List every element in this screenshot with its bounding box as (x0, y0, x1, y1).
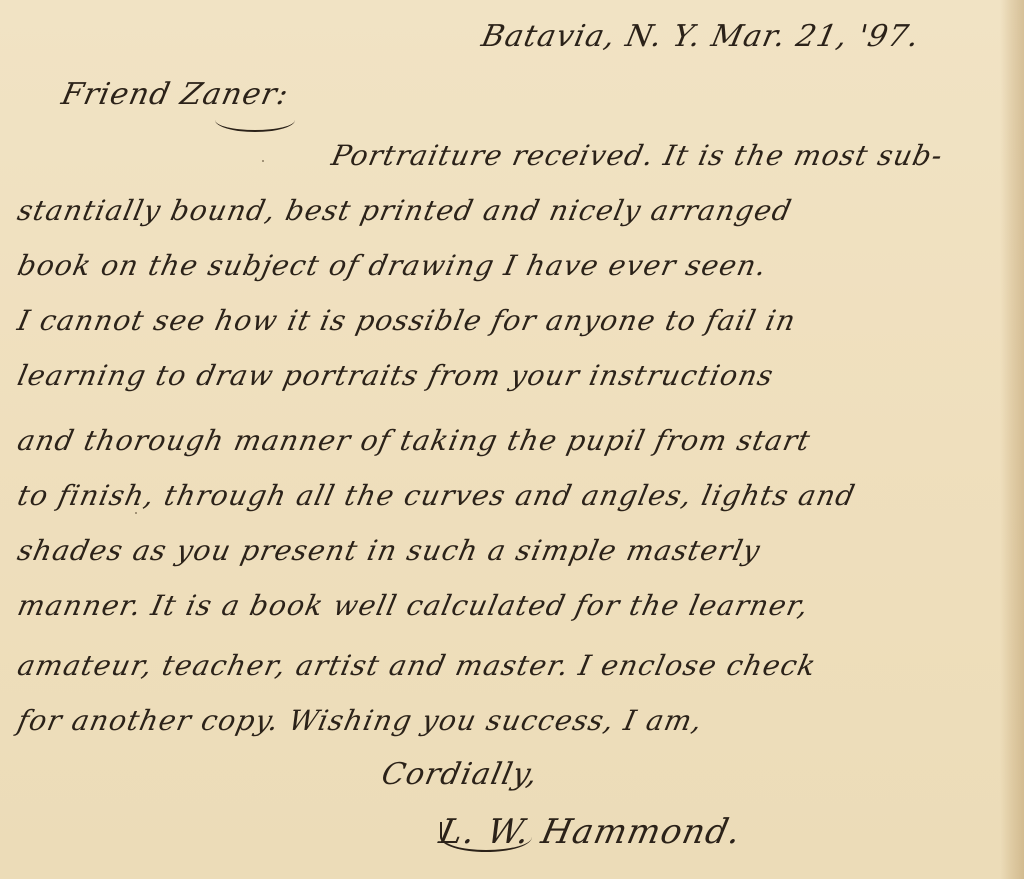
paper-speck (262, 160, 264, 162)
letter-body-line: Portraiture received. It is the most sub… (329, 142, 946, 170)
letter-body-line: manner. It is a book well calculated for… (15, 592, 811, 620)
letter-body-line: shades as you present in such a simple m… (15, 537, 763, 565)
letter-body-line: stantially bound, best printed and nicel… (15, 197, 794, 225)
letter-body-line: and thorough manner of taking the pupil … (15, 427, 813, 455)
salutation-flourish (215, 108, 295, 132)
letter-body-line: to finish, through all the curves and an… (15, 482, 858, 510)
letter-body-line: book on the subject of drawing I have ev… (15, 252, 770, 280)
letter-body-line: amateur, teacher, artist and master. I e… (15, 652, 819, 680)
letter-closing: Cordially, (379, 760, 541, 790)
letter-dateline: Batavia, N. Y. Mar. 21, '97. (479, 22, 923, 52)
letter-body-line: for another copy. Wishing you success, I… (15, 707, 705, 735)
paper-speck (135, 512, 137, 514)
handwritten-letter-page: Batavia, N. Y. Mar. 21, '97. Friend Zane… (0, 0, 1024, 879)
letter-signature: L. W. Hammond. (436, 815, 744, 849)
letter-salutation: Friend Zaner: (59, 80, 292, 110)
letter-body-line: learning to draw portraits from your ins… (15, 362, 776, 390)
letter-body-line: I cannot see how it is possible for anyo… (15, 307, 799, 335)
